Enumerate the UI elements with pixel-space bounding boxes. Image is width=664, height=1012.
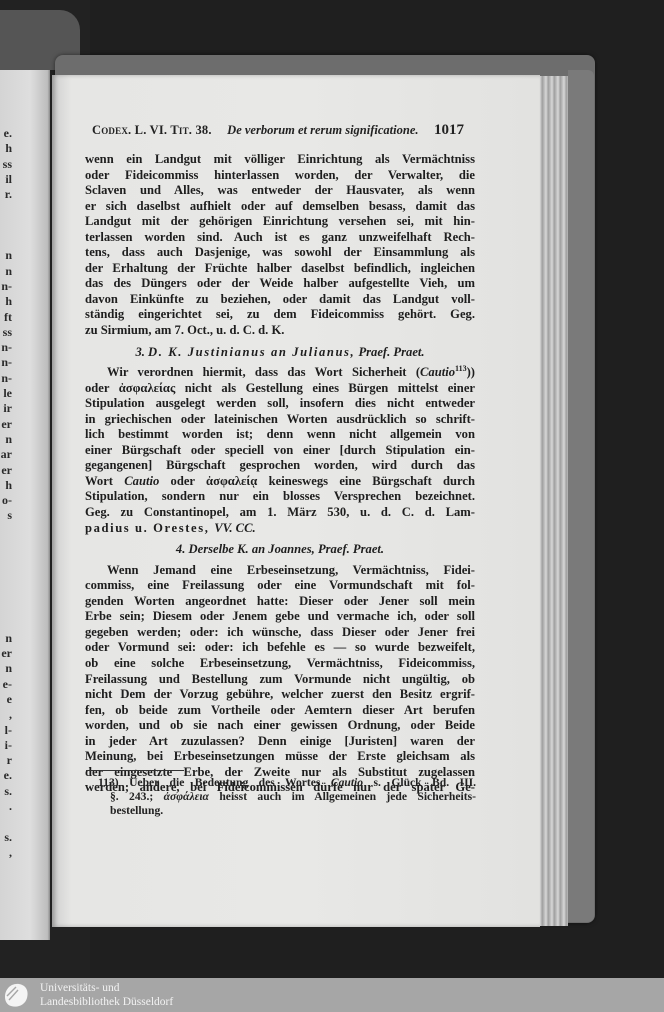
- footnote-line: bestellung.: [98, 804, 476, 818]
- text-line: Geg. zu Constantinopel, am 1. März 530, …: [85, 505, 475, 521]
- text-line: nicht Dem der Vorzug gebühre, welcher zu…: [85, 687, 475, 703]
- footnote-line: 113) Ueber die Bedeutung des Wortes Caut…: [98, 776, 476, 790]
- text-line: oder Fideicommiss hinterlassen worden, d…: [85, 168, 475, 184]
- left-edge-fragment: ar: [0, 447, 12, 462]
- footnote-ref[interactable]: 113: [455, 364, 467, 373]
- section-3-heading: 3. D. K. Justinianus an Julianus, Praef.…: [85, 345, 475, 361]
- left-edge-fragment: le: [0, 386, 12, 401]
- text-line: in griechischen oder lateinischen Worten…: [85, 412, 475, 428]
- text-line: in jeder Art zuzulassen? Denn einige [Ju…: [85, 734, 475, 750]
- left-page-text-fragments: e.hssilr.nnn-hftssn-n-n-leirernarerho-sn…: [0, 126, 12, 860]
- running-head-title: De verborum et rerum significatione.: [227, 123, 418, 138]
- left-edge-fragment: o-: [0, 493, 12, 508]
- left-edge-fragment: n-: [0, 340, 12, 355]
- text-line: oder Vormund sei: oder: ich befehle es —…: [85, 640, 475, 656]
- library-footer: Universitäts- und Landesbibliothek Düsse…: [0, 978, 664, 1012]
- page-body: wenn ein Landgut mit völliger Einrichtun…: [85, 152, 475, 796]
- left-edge-fragment: [0, 600, 12, 615]
- text-line: Stipulation, sondern nur ein blosses Ver…: [85, 489, 475, 505]
- left-edge-fragment: [0, 539, 12, 554]
- text-line: Sclaven und Alles, was entweder der Haus…: [85, 183, 475, 199]
- left-edge-fragment: [0, 570, 12, 585]
- left-edge-fragment: n-: [0, 279, 12, 294]
- left-edge-fragment: [0, 202, 12, 217]
- left-edge-fragment: [0, 524, 12, 539]
- text-line: oder ἀσφαλείας nicht als Gestellung eine…: [85, 381, 475, 397]
- section-office: Praef. Praet.: [358, 345, 424, 359]
- text-line: zu Sirmium, am 7. Oct., u. d. C. d. K.: [85, 323, 475, 339]
- section-number: 3.: [135, 345, 144, 359]
- text-line: davon Einkünfte zu beziehen, oder damit …: [85, 292, 475, 308]
- footnote-divider: [86, 770, 184, 771]
- text-line: tens, dass auch Dasjenige, was sowohl de…: [85, 245, 475, 261]
- left-edge-fragment: er: [0, 463, 12, 478]
- left-edge-fragment: ss: [0, 325, 12, 340]
- left-edge-fragment: n: [0, 661, 12, 676]
- text-line: wenn ein Landgut mit völliger Einrichtun…: [85, 152, 475, 168]
- left-edge-fragment: n: [0, 432, 12, 447]
- text-line: Landgut mit der gehörigen Einrichtung ve…: [85, 214, 475, 230]
- page-block-edges: [536, 76, 568, 926]
- library-name: Universitäts- und Landesbibliothek Düsse…: [40, 981, 173, 1009]
- text-line: Wort Cautio oder ἀσφαλείᾳ keineswegs ein…: [85, 474, 475, 490]
- left-edge-fragment: [0, 616, 12, 631]
- left-edge-fragment: h: [0, 478, 12, 493]
- left-edge-fragment: e: [0, 692, 12, 707]
- left-edge-fragment: n: [0, 264, 12, 279]
- left-edge-fragment: .: [0, 799, 12, 814]
- text-line: ob eine solche Erbeseinsetzung, Vermächt…: [85, 656, 475, 672]
- left-edge-fragment: [0, 814, 12, 829]
- left-edge-fragment: ss: [0, 157, 12, 172]
- text-line: Wenn Jemand eine Erbeseinsetzung, Vermäc…: [85, 563, 475, 579]
- text-line: gegangenen] Bürgschaft gesprochen worden…: [85, 458, 475, 474]
- left-edge-fragment: l-: [0, 723, 12, 738]
- text-line: commiss, eine Freilassung oder eine Vorm…: [85, 578, 475, 594]
- left-edge-fragment: s.: [0, 784, 12, 799]
- section-addressee: D. K. Justinianus an Julianus,: [148, 345, 355, 359]
- left-edge-fragment: i-: [0, 738, 12, 753]
- left-edge-fragment: n: [0, 248, 12, 263]
- text-line: einer Bürgschaft oder speciell von einer…: [85, 443, 475, 459]
- text-line: das des Düngers oder der Weide halber au…: [85, 276, 475, 292]
- section-4-text: Wenn Jemand eine Erbeseinsetzung, Vermäc…: [85, 563, 475, 796]
- library-name-line2: Landesbibliothek Düsseldorf: [40, 995, 173, 1009]
- left-edge-fragment: n-: [0, 355, 12, 370]
- library-name-line1: Universitäts- und: [40, 981, 173, 995]
- left-edge-fragment: e.: [0, 126, 12, 141]
- text-line: Meinung, bei Erbeseinsetzungen müsse der…: [85, 749, 475, 765]
- left-edge-fragment: s: [0, 508, 12, 523]
- page-number: 1017: [434, 122, 464, 139]
- running-head: Codex. L. VI. Tit. 38. De verborum et re…: [92, 122, 464, 140]
- running-head-codex: Codex. L. VI. Tit. 38.: [92, 123, 212, 138]
- section-4-heading: 4. Derselbe K. an Joannes, Praef. Praet.: [85, 542, 475, 558]
- text-line: Wir verordnen hiermit, dass das Wort Sic…: [85, 365, 475, 381]
- left-edge-fragment: s.: [0, 830, 12, 845]
- text-line: lich bestimmt worden ist; denn wenn nich…: [85, 427, 475, 443]
- left-edge-fragment: h: [0, 141, 12, 156]
- text-line: Freilassung und Bestellung zum Vormunde …: [85, 672, 475, 688]
- left-edge-fragment: [0, 218, 12, 233]
- left-edge-fragment: er: [0, 646, 12, 661]
- text-line: worden, und ob sie nach einer gewissen O…: [85, 718, 475, 734]
- section-3-text: Wir verordnen hiermit, dass das Wort Sic…: [85, 365, 475, 536]
- left-edge-fragment: e.: [0, 768, 12, 783]
- left-edge-fragment: n: [0, 631, 12, 646]
- left-edge-fragment: ,: [0, 845, 12, 860]
- ulb-logo-icon: [2, 981, 30, 1009]
- left-page-edge: e.hssilr.nnn-hftssn-n-n-leirernarerho-sn…: [0, 70, 50, 940]
- left-edge-fragment: [0, 233, 12, 248]
- text-line: fen, ob beide zum Vortheile oder Aemtern…: [85, 703, 475, 719]
- left-edge-fragment: ,: [0, 707, 12, 722]
- text-line: terlassen worden sind. Auch ist es ganz …: [85, 230, 475, 246]
- left-edge-fragment: ir: [0, 401, 12, 416]
- left-edge-fragment: [0, 554, 12, 569]
- left-edge-fragment: e-: [0, 677, 12, 692]
- text-line: ständig eingerichtet sei, zu dem Fideico…: [85, 307, 475, 323]
- left-edge-fragment: r: [0, 753, 12, 768]
- left-edge-fragment: il: [0, 172, 12, 187]
- text-line: padius u. Orestes, VV. CC.: [85, 521, 475, 537]
- left-edge-fragment: h: [0, 294, 12, 309]
- book-cover-edge: [568, 70, 594, 922]
- text-line: gegeben werden; oder: ich wünsche, dass …: [85, 625, 475, 641]
- text-line: der Erhaltung der Früchte halber daselbs…: [85, 261, 475, 277]
- left-edge-fragment: ft: [0, 310, 12, 325]
- left-edge-fragment: n-: [0, 371, 12, 386]
- text-line: genden Worten angeordnet hatte: Dieser o…: [85, 594, 475, 610]
- left-edge-fragment: r.: [0, 187, 12, 202]
- footnote-113: 113) Ueber die Bedeutung des Wortes Caut…: [98, 776, 476, 818]
- footnote-line: §. 243.; ἀσφάλεια heisst auch im Allgeme…: [98, 790, 476, 804]
- left-edge-fragment: [0, 585, 12, 600]
- text-line: Erbe sein; Diesem oder Jenem gebe und ve…: [85, 609, 475, 625]
- text-line: er sich daselbst aufhielt oder auf demse…: [85, 199, 475, 215]
- paragraph-1: wenn ein Landgut mit völliger Einrichtun…: [85, 152, 475, 339]
- text-line: Stipulation ausgelegt werden soll, insof…: [85, 396, 475, 412]
- left-edge-fragment: er: [0, 417, 12, 432]
